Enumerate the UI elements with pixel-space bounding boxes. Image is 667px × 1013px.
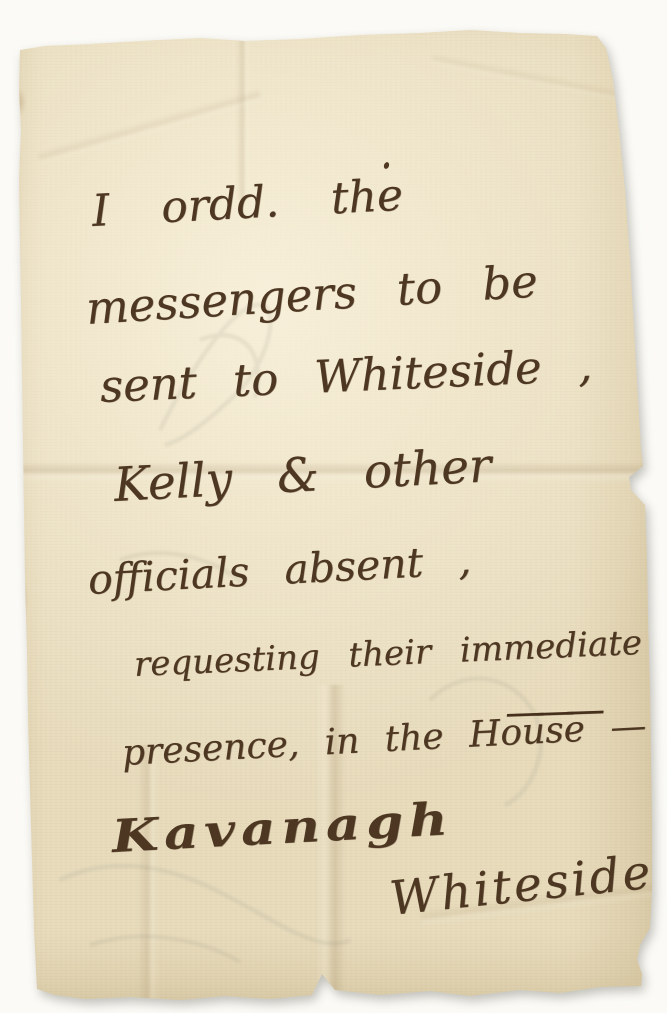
paper-crease-vertical-lower-left (138, 745, 160, 1010)
ink-speck (383, 161, 390, 169)
handwritten-line-2: messengers to be (84, 254, 539, 335)
paper-sheet: I ordd. the messengers to be sent to Whi… (0, 0, 667, 1013)
paper-crease-vertical-top (236, 30, 252, 200)
handwritten-line-7: presence, in the House — (121, 706, 647, 774)
edge-stain (12, 575, 28, 625)
handwritten-line-3: sent to Whiteside , (99, 339, 593, 413)
signature-scrawl: Kavanagh (111, 792, 455, 863)
handwritten-line-6: requesting their immediate (133, 623, 643, 685)
signature-whiteside: Whiteside (387, 845, 656, 927)
handwritten-line-1: I ordd. the (91, 170, 405, 237)
paper-crease-diagonal-top-left (37, 89, 263, 168)
letter-paper: I ordd. the messengers to be sent to Whi… (0, 0, 667, 1013)
handwritten-line-5: officials absent , (87, 536, 472, 604)
edge-stain-small (14, 88, 26, 116)
handwritten-line-4: Kelly & other (113, 438, 493, 513)
scan-background: I ordd. the messengers to be sent to Whi… (0, 0, 667, 1013)
paper-crease-diagonal-top-right (431, 53, 630, 105)
